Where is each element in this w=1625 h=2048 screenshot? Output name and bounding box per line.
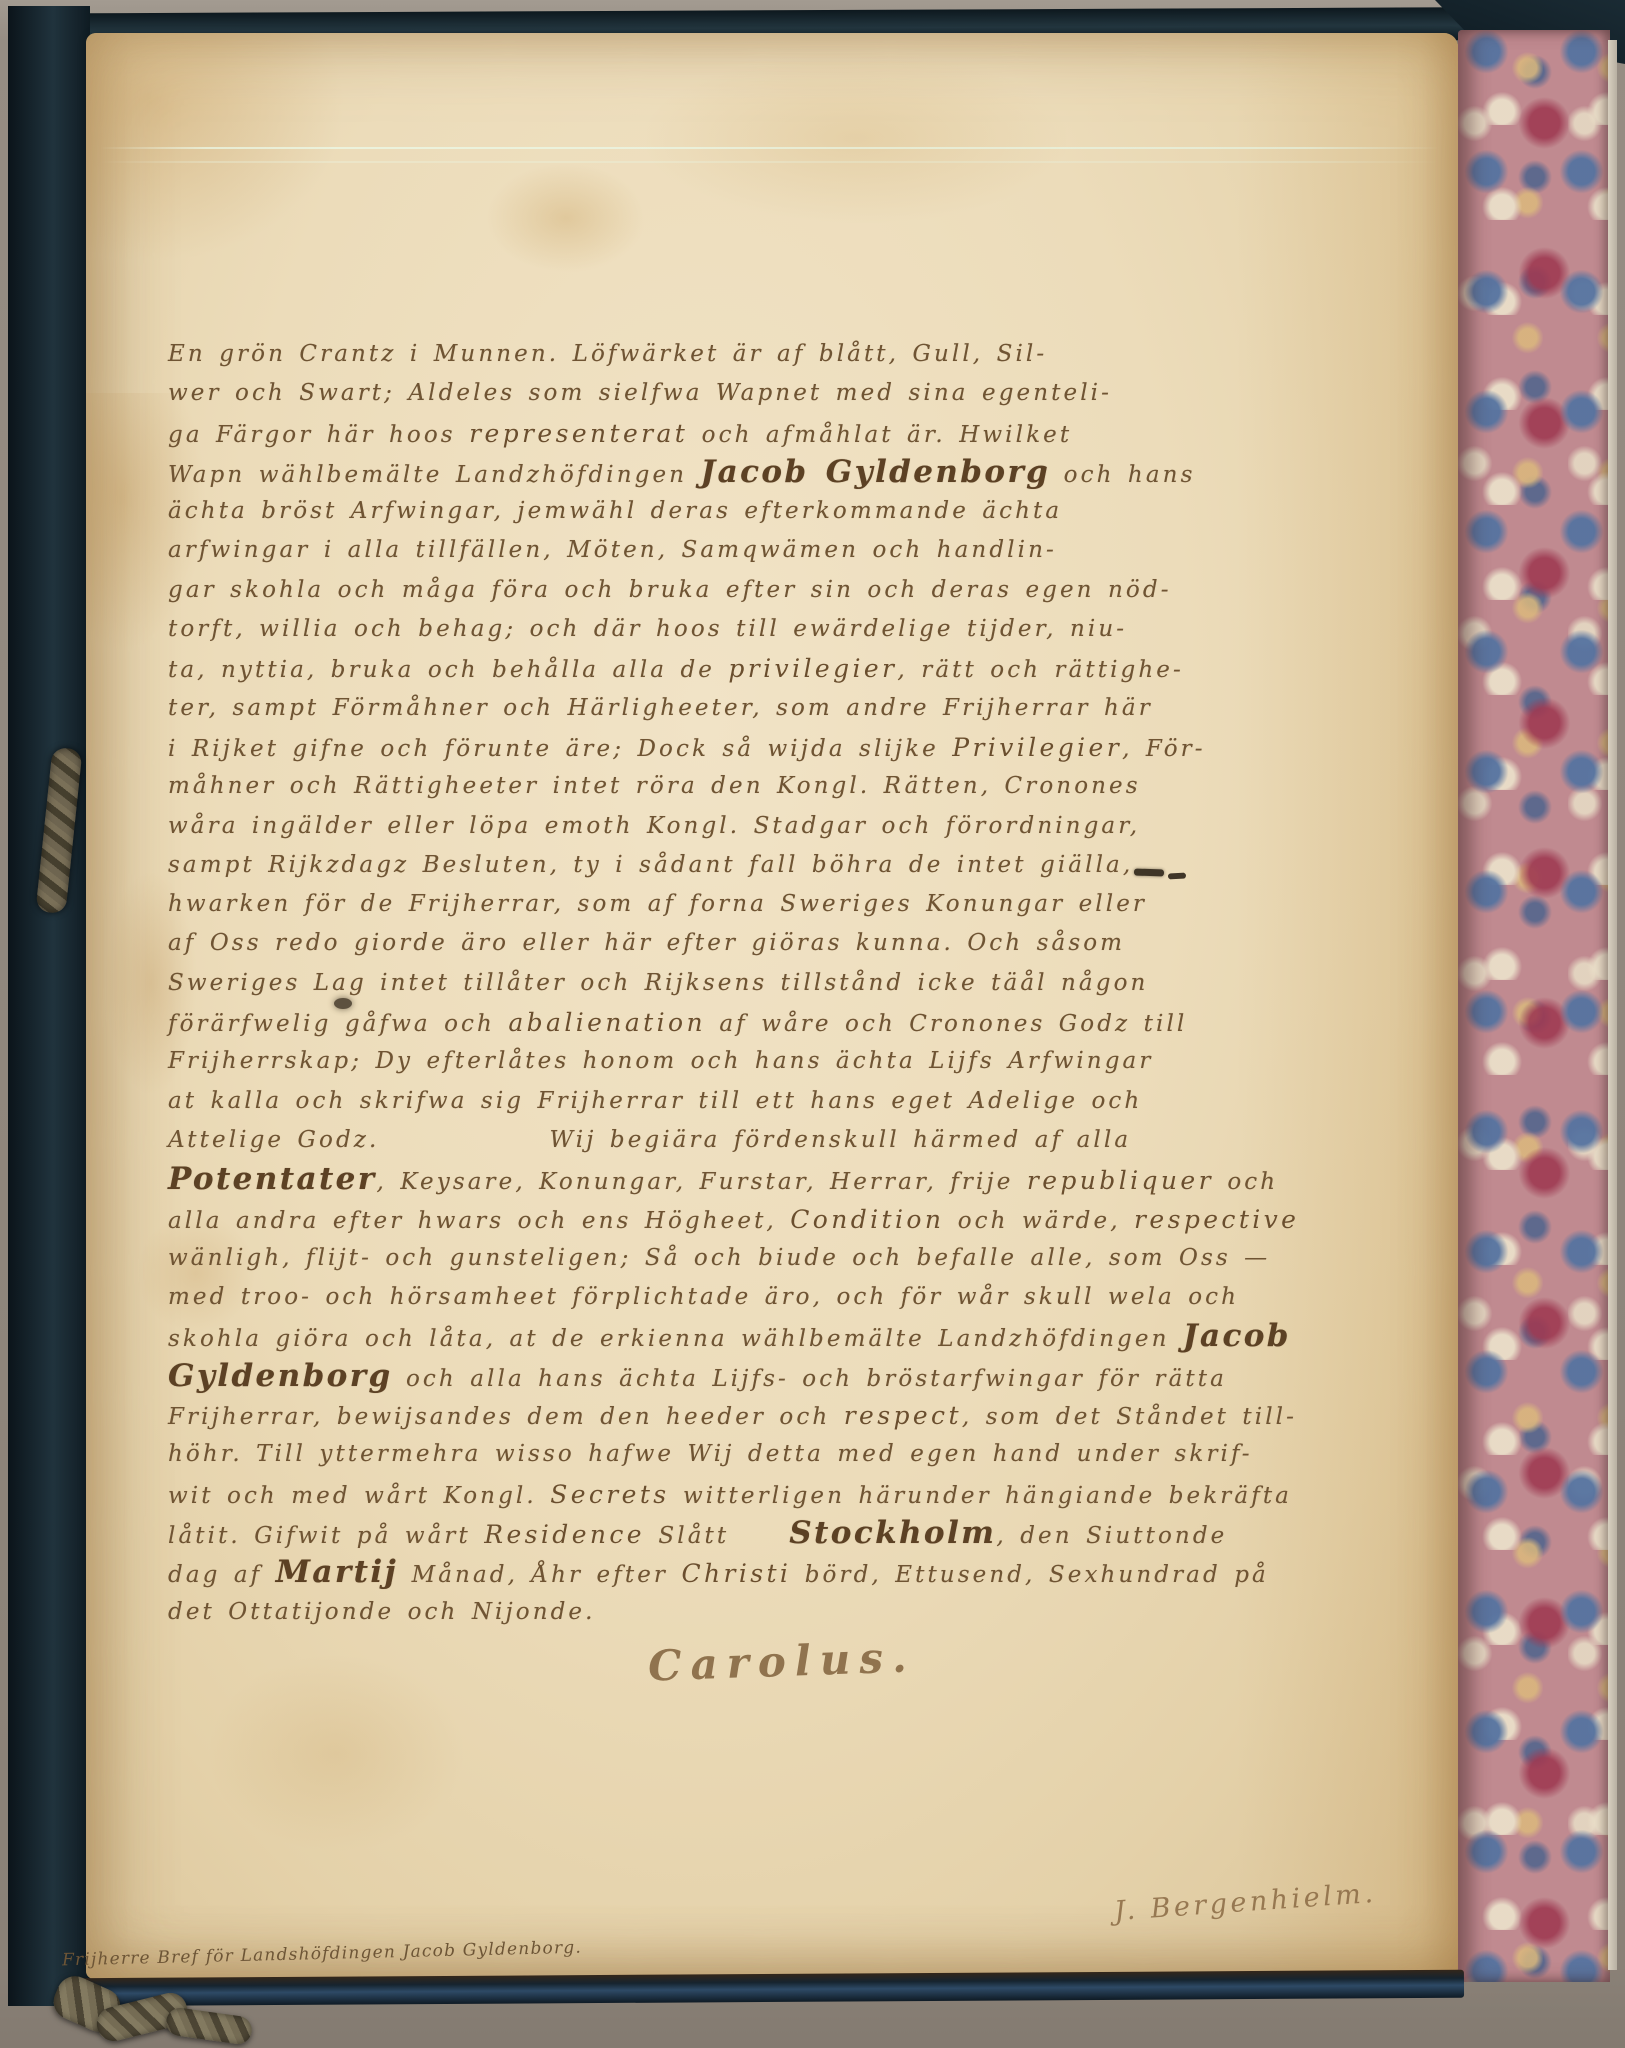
secretary-signature: J. Bergenhielm. [1113, 1880, 1377, 1925]
scan-artifact-line [100, 161, 1440, 163]
royal-signature: Carolus. [647, 1636, 916, 1687]
scanned-book-page: En grön Crantz i Munnen. Löfwärket är af… [0, 0, 1625, 2048]
manuscript-line: måhner och Rättigheeter intet röra den K… [168, 767, 1298, 806]
manuscript-line: wer och Swart; Aldeles som sielfwa Wapne… [168, 374, 1298, 413]
stain [486, 163, 646, 273]
book-cover-left-edge [8, 6, 90, 2006]
manuscript-line: ter, sampt Förmåhner och Härligheeter, s… [168, 689, 1298, 728]
manuscript-line: gar skohla och måga föra och bruka efter… [168, 571, 1298, 610]
manuscript-line: med troo- och hörsamheet förplichtade är… [168, 1278, 1298, 1317]
manuscript-line: hwarken för de Frijherrar, som af forna … [168, 885, 1298, 924]
manuscript-line: Frijherrar, bewijsandes dem den heeder o… [168, 1396, 1298, 1435]
manuscript-line: wänligh, flijt- och gunsteligen; Så och … [168, 1239, 1298, 1278]
manuscript-line: Frijherrskap; Dy efterlåtes honom och ha… [168, 1042, 1298, 1081]
manuscript-line: dag af Martij Månad, Åhr efter Christi b… [168, 1553, 1298, 1592]
manuscript-line: ächta bröst Arfwingar, jemwähl deras eft… [168, 492, 1298, 531]
scan-artifact-line [100, 147, 1440, 149]
manuscript-line: torft, willia och behag; och där hoos ti… [168, 610, 1298, 649]
manuscript-line: wit och med wårt Kongl. Secrets witterli… [168, 1475, 1298, 1514]
manuscript-line: i Rijket gifne och förunte äre; Dock så … [168, 728, 1298, 767]
manuscript-line: sampt Rijkzdagz Besluten, ty i sådant fa… [168, 846, 1298, 885]
manuscript-line: Gyldenborg och alla hans ächta Lijfs- oc… [168, 1357, 1298, 1396]
manuscript-line: ga Färgor här hoos representerat och afm… [168, 414, 1298, 453]
manuscript-line: af Oss redo giorde äro eller här efter g… [168, 924, 1298, 963]
manuscript-line: arfwingar i alla tillfällen, Möten, Samq… [168, 531, 1298, 570]
manuscript-line: Potentater, Keysare, Konungar, Furstar, … [168, 1160, 1298, 1199]
manuscript-line: ta, nyttia, bruka och behålla alla de pr… [168, 649, 1298, 688]
binding-tassel-cord [48, 1978, 258, 2048]
manuscript-line: Wapn wählbemälte Landzhöfdingen Jacob Gy… [168, 453, 1298, 492]
manuscript-line: förärfwelig gåfwa och abalienation af wå… [168, 1003, 1298, 1042]
manuscript-line: Attelige Godz.Wij begiära fördenskull hä… [168, 1121, 1298, 1160]
stain [86, 33, 346, 263]
stain [206, 1653, 466, 1853]
stain [646, 53, 1066, 223]
cord-strand [164, 2006, 253, 2046]
manuscript-line: höhr. Till yttermehra wisso hafwe Wij de… [168, 1435, 1298, 1474]
manuscript-line: wåra ingälder eller löpa emoth Kongl. St… [168, 807, 1298, 846]
parchment-page: En grön Crantz i Munnen. Löfwärket är af… [86, 33, 1458, 1979]
manuscript-line: alla andra efter hwars och ens Högheet, … [168, 1200, 1298, 1239]
page-block-edge [1608, 40, 1617, 1970]
manuscript-line: låtit. Gifwit på wårt Residence SlåttSto… [168, 1514, 1298, 1553]
manuscript-line: det Ottatijonde och Nijonde. [168, 1593, 1298, 1632]
manuscript-line: skohla giöra och låta, at de erkienna wä… [168, 1317, 1298, 1356]
manuscript-line: at kalla och skrifwa sig Frijherrar till… [168, 1082, 1298, 1121]
marbled-fore-edge [1458, 30, 1610, 1982]
manuscript-line: Sweriges Lag intet tillåter och Rijksens… [168, 964, 1298, 1003]
manuscript-line: En grön Crantz i Munnen. Löfwärket är af… [168, 335, 1298, 374]
manuscript-lines: En grön Crantz i Munnen. Löfwärket är af… [168, 335, 1298, 1632]
